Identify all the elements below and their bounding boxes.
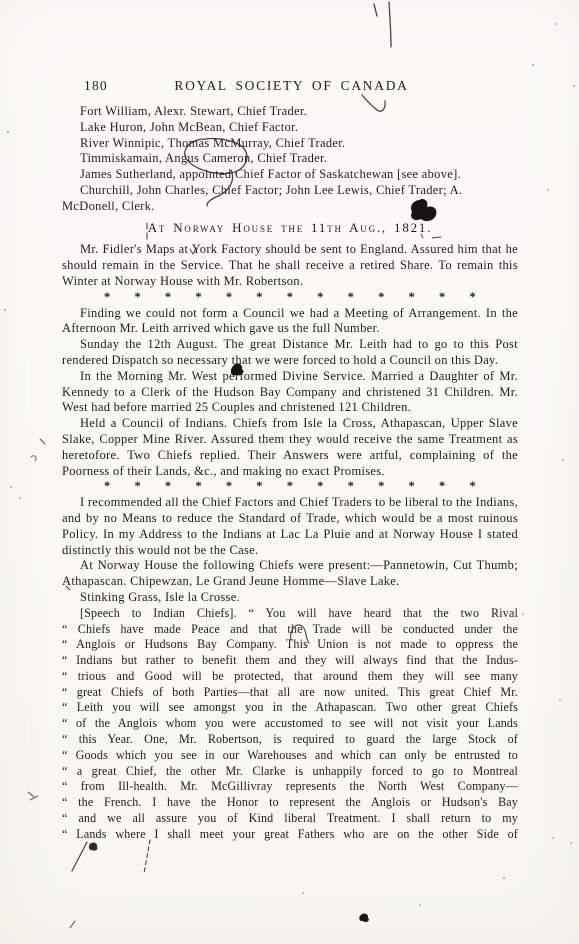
- dashed-slash-icon: [144, 840, 150, 873]
- left-margin-scribble-icon: [31, 456, 36, 461]
- speech-line: “ and we all assure you of Kind liberal …: [62, 811, 518, 827]
- speech-line: “ Indians but rather to benefit them and…: [62, 653, 518, 669]
- speech-line: “ the French. I have the Honor to repres…: [62, 795, 518, 811]
- vertical-stroke-top-icon: [389, 2, 391, 47]
- left-margin-tick-icon: [40, 439, 45, 444]
- roster-entry: Timmiskamain, Angus Cameron, Chief Trade…: [62, 151, 518, 167]
- speech-line: “ trious and Good will be protected, tha…: [62, 669, 518, 685]
- page-text: Fort William, Alexr. Stewart, Chief Trad…: [62, 104, 518, 843]
- roster-entry: James Sutherland, appointed Chief Factor…: [62, 167, 518, 183]
- roster-list: Fort William, Alexr. Stewart, Chief Trad…: [62, 104, 518, 215]
- page-header: 180 ROYAL SOCIETY OF CANADA: [62, 78, 521, 95]
- roster-entry: Fort William, Alexr. Stewart, Chief Trad…: [62, 104, 518, 120]
- paragraph-stinking-grass: Stinking Grass, Isle la Crosse.: [62, 590, 518, 606]
- speech-block: [Speech to Indian Chiefs]. “ You will ha…: [62, 606, 518, 843]
- speech-line: “ Lands where I shall meet your great Fa…: [62, 827, 518, 843]
- slash-bottom-left-icon: [72, 842, 87, 871]
- speech-line: “ great Chiefs of both Parties—that all …: [62, 685, 518, 701]
- tiny-slash-bottom-icon: [70, 921, 75, 928]
- speech-line: “ a great Chief, the other Mr. Clarke is…: [62, 764, 518, 780]
- ink-smudge-lands-icon: [89, 843, 98, 851]
- speech-line: “ Leith you will see amongst you in the …: [62, 700, 518, 716]
- speech-line: “ from Ill-health. Mr. McGillivray repre…: [62, 779, 518, 795]
- asterisk-separator-1: * * * * * * * * * * * * *: [62, 290, 518, 306]
- book-page: 180 ROYAL SOCIETY OF CANADA Fort William…: [0, 0, 579, 944]
- paragraph-finding: Finding we could not form a Council we h…: [62, 306, 518, 338]
- margin-scratch-icon: [28, 792, 38, 800]
- paragraph-council: Held a Council of Indians. Chiefs from I…: [62, 416, 518, 479]
- paragraph-sunday: Sunday the 12th August. The great Distan…: [62, 337, 518, 369]
- ink-speck-bottom-icon: [359, 914, 369, 923]
- speech-line: “ Chiefs have made Peace and that the Tr…: [62, 622, 518, 638]
- speech-line: “ Goods which you see in our Warehouses …: [62, 748, 518, 764]
- paragraph-recommend: I recommended all the Chief Factors and …: [62, 495, 518, 558]
- asterisk-separator-2: * * * * * * * * * * * * *: [62, 479, 518, 495]
- roster-entry: Churchill, John Charles, Chief Factor; J…: [62, 183, 518, 215]
- short-tick-top-icon: [374, 4, 377, 16]
- speech-line: [Speech to Indian Chiefs]. “ You will ha…: [62, 606, 518, 622]
- running-title: ROYAL SOCIETY OF CANADA: [62, 78, 521, 94]
- roster-entry: River Winnipic, Thomas McMurray, Chief T…: [62, 136, 518, 152]
- speech-line: “ this Year. One, Mr. Robertson, is requ…: [62, 732, 518, 748]
- speech-line: “ of the Anglois whom you were accustome…: [62, 716, 518, 732]
- paragraph-chiefs-present: At Norway House the following Chiefs wer…: [62, 558, 518, 590]
- section-heading: At Norway House the 11th Aug., 1821.: [62, 220, 518, 236]
- roster-entry: Lake Huron, John McBean, Chief Factor.: [62, 120, 518, 136]
- page-number: 180: [84, 78, 108, 94]
- speech-line: “ Anglois or Hudsons Bay Company. This U…: [62, 637, 518, 653]
- paragraph-morning: In the Morning Mr. West performed Divine…: [62, 369, 518, 416]
- paragraph-fidler: Mr. Fidler's Maps at York Factory should…: [62, 242, 518, 289]
